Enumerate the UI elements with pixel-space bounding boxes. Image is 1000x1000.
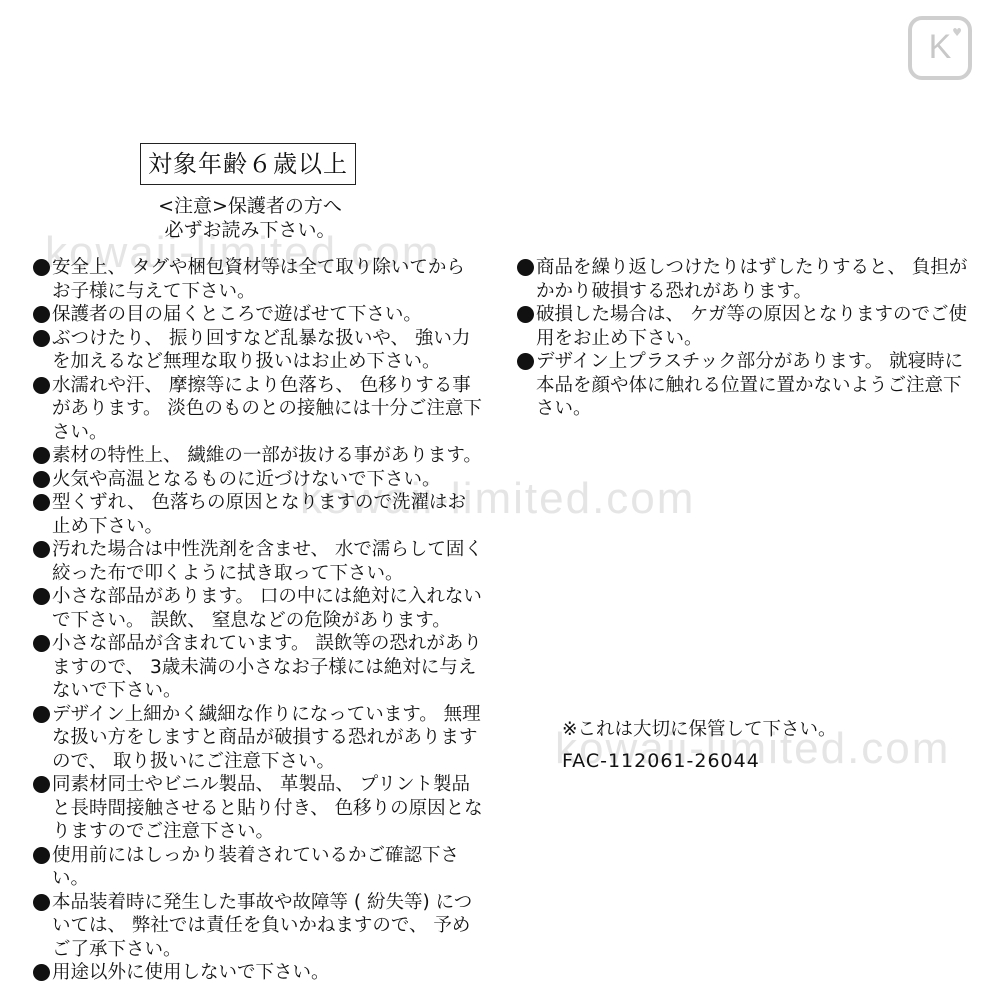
heart-icon: ♥ — [952, 26, 962, 39]
list-item: デザイン上細かく繊細な作りになっています。 無理な扱い方をしますと商品が破損する… — [33, 703, 483, 774]
list-item: 水濡れや汗、 摩擦等により色落ち、 色移りする事があります。 淡色のものとの接触… — [33, 374, 483, 445]
bullet-icon — [517, 306, 534, 323]
bullet-icon — [517, 353, 534, 370]
list-item: 安全上、 タグや梱包資材等は全て取り除いてからお子様に与えて下さい。 — [33, 256, 483, 303]
list-item: 商品を繰り返しつけたりはずしたりすると、 負担がかかり破損する恐れがあります。 — [517, 256, 972, 303]
notice-heading: <注意>保護者の方へ 必ずお読み下さい。 — [130, 194, 370, 242]
age-label-box: 対象年齢６歳以上 — [140, 143, 356, 185]
list-item: デザイン上プラスチック部分があります。 就寝時に本品を顔や体に触れる位置に置かな… — [517, 350, 972, 421]
bullet-icon — [33, 541, 50, 558]
bullet-icon — [33, 377, 50, 394]
list-item: 使用前にはしっかり装着されているかご確認下さい。 — [33, 844, 483, 891]
bullet-icon — [33, 306, 50, 323]
bullet-icon — [33, 776, 50, 793]
list-item: 汚れた場合は中性洗剤を含ませ、 水で濡らして固く絞った布で叩くように拭き取って下… — [33, 538, 483, 585]
notice-line-1: <注意>保護者の方へ — [130, 194, 370, 218]
list-item: 同素材同士やビニル製品、 革製品、 プリント製品と長時間接触させると貼り付き、 … — [33, 773, 483, 844]
bullet-icon — [33, 894, 50, 911]
list-item: 火気や高温となるものに近づけないで下さい。 — [33, 468, 483, 492]
bullet-icon — [33, 471, 50, 488]
bullet-icon — [33, 447, 50, 464]
bullet-icon — [33, 494, 50, 511]
bullet-icon — [33, 847, 50, 864]
notice-line-2: 必ずお読み下さい。 — [130, 218, 370, 242]
list-item: 素材の特性上、 繊維の一部が抜ける事があります。 — [33, 444, 483, 468]
bullet-icon — [33, 330, 50, 347]
caution-list-left: 安全上、 タグや梱包資材等は全て取り除いてからお子様に与えて下さい。 保護者の目… — [33, 256, 483, 985]
bullet-icon — [33, 588, 50, 605]
keep-note: ※これは大切に保管して下さい。 — [562, 718, 837, 742]
product-code: FAC-112061-26044 — [562, 750, 760, 772]
bullet-icon — [517, 259, 534, 276]
list-item: 型くずれ、 色落ちの原因となりますので洗濯はお止め下さい。 — [33, 491, 483, 538]
list-item: 小さな部品があります。 口の中には絶対に入れないで下さい。 誤飲、 窒息などの危… — [33, 585, 483, 632]
list-item: 保護者の目の届くところで遊ばせて下さい。 — [33, 303, 483, 327]
list-item: 破損した場合は、 ケガ等の原因となりますのでご使用をお止め下さい。 — [517, 303, 972, 350]
brand-logo: K ♥ — [908, 16, 972, 80]
list-item: 用途以外に使用しないで下さい。 — [33, 961, 483, 985]
list-item: 小さな部品が含まれています。 誤飲等の恐れがありますので、 3歳未満の小さなお子… — [33, 632, 483, 703]
bullet-icon — [33, 706, 50, 723]
caution-list-right: 商品を繰り返しつけたりはずしたりすると、 負担がかかり破損する恐れがあります。 … — [517, 256, 972, 421]
list-item: 本品装着時に発生した事故や故障等 ( 紛失等) については、 弊社では責任を負い… — [33, 891, 483, 962]
bullet-icon — [33, 259, 50, 276]
bullet-icon — [33, 964, 50, 981]
bullet-icon — [33, 635, 50, 652]
list-item: ぶつけたり、 振り回すなど乱暴な扱いや、 強い力を加えるなど無理な取り扱いはお止… — [33, 327, 483, 374]
